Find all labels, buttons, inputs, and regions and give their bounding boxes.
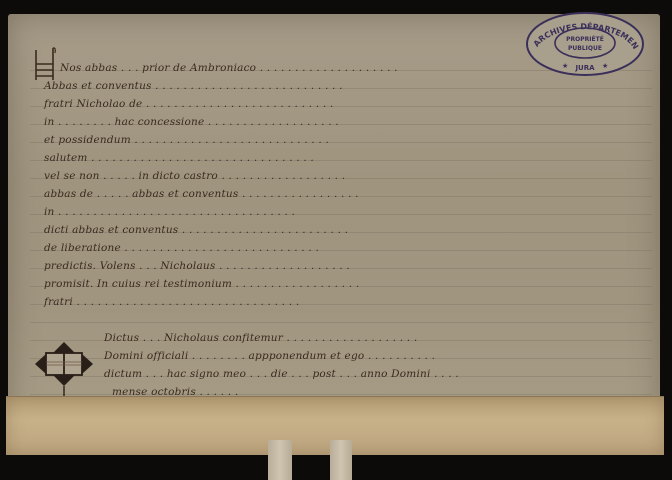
svg-text:★: ★ [602, 62, 608, 70]
text-line: Abbas et conventus . . . . . . . . . . .… [44, 80, 343, 92]
text-line: abbas de . . . . . abbas et conventus . … [44, 188, 359, 200]
seal-tag-left [268, 440, 292, 480]
text-line: dicti abbas et conventus . . . . . . . .… [44, 224, 348, 236]
svg-text:JURA: JURA [574, 64, 595, 72]
seal-tag-right [330, 440, 352, 480]
svg-text:PUBLIQUE: PUBLIQUE [568, 45, 602, 52]
text-line: vel se non . . . . . in dicto castro . .… [44, 170, 345, 182]
text-line: salutem . . . . . . . . . . . . . . . . … [44, 152, 314, 164]
text-line: promisit. In cuius rei testimonium . . .… [44, 278, 359, 290]
text-line: predictis. Volens . . . Nicholaus . . . … [44, 260, 350, 272]
text-line: et possidendum . . . . . . . . . . . . .… [44, 134, 329, 146]
text-line: fratri . . . . . . . . . . . . . . . . .… [44, 296, 299, 308]
text-line: Domini officiali . . . . . . . . apppone… [104, 350, 435, 362]
text-line: dictum . . . hac signo meo . . . die . .… [104, 368, 459, 380]
text-line: de liberatione . . . . . . . . . . . . .… [44, 242, 319, 254]
text-line: Dictus . . . Nicholaus confitemur . . . … [104, 332, 417, 344]
svg-text:★: ★ [562, 62, 568, 70]
text-line: fratri Nicholao de . . . . . . . . . . .… [44, 98, 333, 110]
svg-text:PROPRIÉTÉ: PROPRIÉTÉ [566, 35, 604, 43]
text-line: Nos abbas . . . prior de Ambroniaco . . … [60, 62, 398, 74]
archive-stamp: ARCHIVES DÉPARTEMENTALES PROPRIÉTÉ PUBLI… [524, 10, 646, 78]
decorated-initial-icon [33, 46, 57, 82]
text-line: in . . . . . . . . hac concessione . . .… [44, 116, 339, 128]
text-line: in . . . . . . . . . . . . . . . . . . .… [44, 206, 295, 218]
